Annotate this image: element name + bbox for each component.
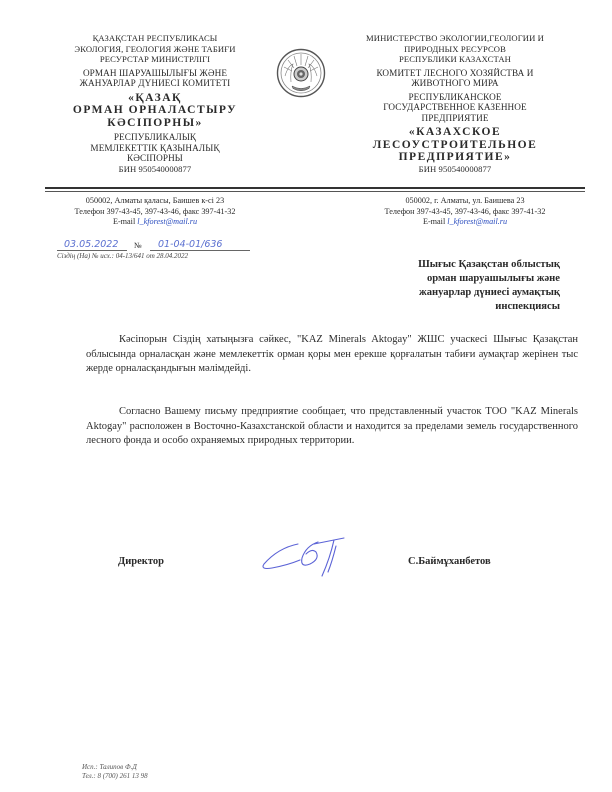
committee-ru-line: ЖИВОТНОГО МИРА [330,78,580,89]
addressee-line: орман шаруашылығы және [360,272,560,286]
type-ru-line: ПРЕДПРИЯТИЕ [330,113,580,124]
addressee-line: Шығыс Қазақстан облыстық [360,258,560,272]
header-divider-thick [45,187,585,189]
committee-kz-line: ОРМАН ШАРУАШЫЛЫҒЫ ЖӘНЕ [40,68,270,79]
registration-number-label: № [134,241,142,250]
type-ru-line: ГОСУДАРСТВЕННОЕ КАЗЕННОЕ [330,102,580,113]
executor-info: Исп.: Талипов Ф.Д Тел.: 8 (700) 261 13 9… [82,763,148,781]
signatory-name: С.Баймұханбетов [408,556,491,567]
enterprise-kz-line: «ҚАЗАҚ [40,92,270,105]
paragraph-text: Согласно Вашему письму предприятие сообщ… [86,405,578,449]
enterprise-kz-line: ОРМАН ОРНАЛАСТЫРУ [40,104,270,117]
body-paragraph-ru: Согласно Вашему письму предприятие сообщ… [86,405,578,449]
ministry-ru-line: МИНИСТЕРСТВО ЭКОЛОГИИ,ГЕОЛОГИИ И [330,33,580,44]
address-email-row: E-mail l_kforest@mail.ru [340,217,590,228]
reg-date-underline [57,250,127,251]
addressee-line: инспекциясы [360,300,560,314]
reg-number-underline [150,250,250,251]
committee-kz-line: ЖАНУАРЛАР ДҮНИЕСІ КОМИТЕТІ [40,78,270,89]
enterprise-kz-line: КӘСІПОРНЫ» [40,117,270,130]
ministry-ru-line: ПРИРОДНЫХ РЕСУРСОВ [330,44,580,55]
address-street: 050002, г. Алматы, ул. Баишева 23 [340,196,590,207]
ministry-ru-line: РЕСПУБЛИКИ КАЗАХСТАН [330,54,580,65]
type-kz-line: КӘСІПОРНЫ [40,153,270,164]
type-kz-line: МЕМЛЕКЕТТІК ҚАЗЫНАЛЫҚ [40,143,270,154]
bin-ru: БИН 950540000877 [330,164,580,175]
signatory-title: Директор [118,556,164,567]
enterprise-ru-line: «КАЗАХСКОЕ [330,126,580,139]
committee-ru-line: КОМИТЕТ ЛЕСНОГО ХОЗЯЙСТВА И [330,68,580,79]
ministry-kz-line: ҚАЗАҚСТАН РЕСПУБЛИКАСЫ [40,33,270,44]
ministry-kz-line: ЭКОЛОГИЯ, ГЕОЛОГИЯ ЖӘНЕ ТАБИҒИ [40,44,270,55]
email-link[interactable]: l_kforest@mail.ru [137,217,197,226]
enterprise-ru-line: ЛЕСОУСТРОИТЕЛЬНОЕ [330,139,580,152]
executor-name: Исп.: Талипов Ф.Д [82,763,148,772]
email-link[interactable]: l_kforest@mail.ru [447,217,507,226]
ministry-kz-line: РЕСУРСТАР МИНИСТРЛІГІ [40,54,270,65]
registration-number: 01-04-01/636 [158,239,222,250]
header-kz: ҚАЗАҚСТАН РЕСПУБЛИКАСЫ ЭКОЛОГИЯ, ГЕОЛОГИ… [40,33,270,174]
email-label: E-mail [423,217,445,226]
address-phone: Телефон 397-43-45, 397-43-46, факс 397-4… [30,207,280,218]
address-ru: 050002, г. Алматы, ул. Баишева 23 Телефо… [340,196,590,228]
email-label: E-mail [113,217,135,226]
address-street: 050002, Алматы қаласы, Баишев к-сі 23 [30,196,280,207]
address-kz: 050002, Алматы қаласы, Баишев к-сі 23 Те… [30,196,280,228]
address-phone: Телефон 397-43-45, 397-43-46, факс 397-4… [340,207,590,218]
paragraph-text: Кәсіпорын Сіздің хатыңызға сәйкес, "KAZ … [86,333,578,377]
state-emblem-icon [276,48,326,98]
type-ru-line: РЕСПУБЛИКАНСКОЕ [330,92,580,103]
incoming-reference: Сіздің (На) № исх.: 04-13/641 от 28.04.2… [57,252,188,260]
header-divider-thin [45,191,585,192]
registration-date: 03.05.2022 [64,239,118,250]
addressee-line: жануарлар дүниесі аумақтық [360,286,560,300]
address-email-row: E-mail l_kforest@mail.ru [30,217,280,228]
executor-phone: Тел.: 8 (700) 261 13 98 [82,772,148,781]
bin-kz: БИН 950540000877 [40,164,270,175]
enterprise-ru-line: ПРЕДПРИЯТИЕ» [330,151,580,164]
signature-icon [258,532,358,582]
body-paragraph-kz: Кәсіпорын Сіздің хатыңызға сәйкес, "KAZ … [86,333,578,377]
type-kz-line: РЕСПУБЛИКАЛЫҚ [40,132,270,143]
header-ru: МИНИСТЕРСТВО ЭКОЛОГИИ,ГЕОЛОГИИ И ПРИРОДН… [330,33,580,174]
addressee: Шығыс Қазақстан облыстық орман шаруашылы… [360,258,560,314]
